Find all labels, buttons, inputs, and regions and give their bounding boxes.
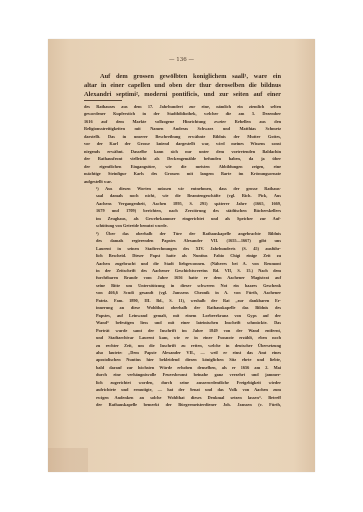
footnote-line: des damals regierenden Papstes Alexander… (84, 237, 281, 244)
footnote-line: der Rathausfront vielleicht als Deckenge… (84, 155, 281, 162)
footnotes: des Rathauses aus dem 17. Jahrhundert zu… (84, 103, 281, 409)
page-number: — 136 — (48, 57, 315, 63)
footnote-line: Porträt wurde samt der Inschrift im Jahr… (84, 327, 281, 334)
footnote-line: zu rechter Zeit, um die Inschrift zu ret… (84, 342, 281, 349)
main-line: Alexandri septimi², moderni pontificis, … (84, 90, 281, 99)
footnote-line: saal damals noch nicht, wie die Beamteng… (84, 192, 281, 199)
footnote-line: innerung an diese Wohlthat oberhalb der … (84, 304, 281, 311)
scanned-page: — 136 — Auf dem grossen gewölbten konigl… (48, 39, 315, 472)
footnote-1: ¹) Aus diesen Worten müssen wir entnehme… (84, 185, 281, 230)
footnote-line: in der Zeitschrift des Aachener Geschich… (84, 267, 281, 274)
main-line: altar in einer capellen und oben der thu… (84, 81, 281, 90)
footnote-line: und Stadtarchivar Laurent kam, wie er in… (84, 334, 281, 341)
footnote-line: Patriz. Fam. 1890, III. Bd., S. 11), wes… (84, 297, 281, 304)
footnote-line: Laurent in seinen Stadtrechnungen des XI… (84, 245, 281, 252)
footnote-line: Aachens Vergangenheit, Aachen 1895, S. 2… (84, 200, 281, 207)
footnote-line: seine Bitte um Unterstützung in dieser s… (84, 282, 281, 289)
footnote-line: nirgends erwähnt. Dasselbe kann sich nur… (84, 148, 281, 155)
footnote-line: der eigentlichen Eingangstüre, wie die m… (84, 163, 281, 170)
footnote-line: ²) Über das oberhalb der Türe der Rathau… (84, 230, 281, 237)
footnote-line: Aachen zugebracht und die Stadt liebgewo… (84, 260, 281, 267)
footnote-line: durch eine verhängnisvolle Feuersbrunst … (84, 371, 281, 378)
footnote-line: gewordener Kupferstich in der Stadtbibli… (84, 110, 281, 117)
footnote-line: aufgestellt war. (84, 178, 281, 185)
footnote-line: des Rathauses aus dem 17. Jahrhundert zu… (84, 103, 281, 110)
footnote-line: vor der Karl der Grosse kniend dargestel… (84, 140, 281, 147)
footnote-line: ewigen Andenken an solche Wohlthat diese… (84, 394, 281, 401)
footnote-line: also lautete: „Dem Papste Alexander VII.… (84, 349, 281, 356)
footnote-line: von 466,6 Scudi gesandt (vgl. Janssens C… (84, 289, 281, 296)
footnote-line: Wand“ befestigen liess und mit einer lat… (84, 319, 281, 326)
footnote-2: ²) Über das oberhalb der Türe der Rathau… (84, 230, 281, 409)
main-text: Auf dem grossen gewölbten koniglichem sa… (84, 72, 281, 100)
footnote-line: furchtbaren Brande vom Jahre 1656 hatte … (84, 274, 281, 281)
main-line: Auf dem grossen gewölbten koniglichem sa… (84, 72, 281, 81)
footnote-line: ¹) Aus diesen Worten müssen wir entnehme… (84, 185, 281, 192)
footnote-line: lich Bescheid. Dieser Papst hatte als Nu… (84, 252, 281, 259)
footnote-separator (84, 100, 122, 101)
footnote-line: darstellt. Das in unserer Beschreibung e… (84, 133, 281, 140)
footnote-line: apostolischen Nuntius hier bekleidend di… (84, 356, 281, 363)
footnote-line: 1679 und 1709) berichten, nach Zerstörun… (84, 207, 281, 214)
footnote-line: aufrichtete und ermutigte, — hat der Sen… (84, 386, 281, 393)
footnote-line: mächtige Steinfigur Karls des Grossen mi… (84, 170, 281, 177)
footnote-line: lich zugerichtet worden, durch seine aus… (84, 379, 281, 386)
footnote-line: Papstes, auf Leinwand gemalt, mit einem … (84, 312, 281, 319)
footnote-line: der Rathauskapelle bemerkt der Bürgermei… (84, 401, 281, 408)
footnote-line: Religionsstreitigkeiten mit Namen Andrea… (84, 125, 281, 132)
footnote-continued: des Rathauses aus dem 17. Jahrhundert zu… (84, 103, 281, 185)
footnote-line: bald darauf zur höchsten Würde erhoben d… (84, 364, 281, 371)
footnote-line: im Zeughaus, als Gewehrkammer eingericht… (84, 215, 281, 222)
footnote-line: 1616 auf dem Markte vollzogene Hinrichtu… (84, 118, 281, 125)
footnote-line: schüttung von Getreide benutzt wurde. (84, 222, 281, 229)
